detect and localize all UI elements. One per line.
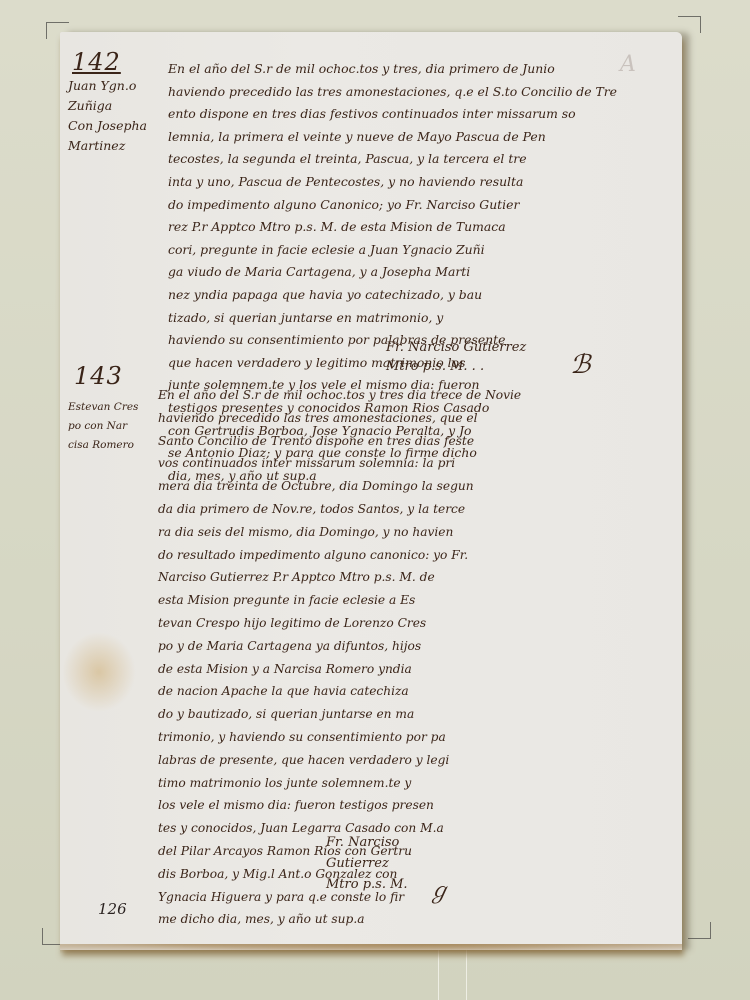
manuscript-line: do y bautizado, si querian juntarse en m… xyxy=(158,703,521,726)
manuscript-page: A 142 Juan Ygn.o Zuñiga Con Josepha Mart… xyxy=(60,32,682,950)
margin-name-line: Estevan Cres xyxy=(68,398,160,417)
manuscript-line: po y de Maria Cartagena ya difuntos, hij… xyxy=(158,635,521,658)
manuscript-line: mera dia treinta de Octubre, dia Domingo… xyxy=(158,475,521,498)
corner-marker xyxy=(688,922,711,939)
wall-seam xyxy=(438,950,439,1000)
manuscript-line: labras de presente, que hacen verdadero … xyxy=(158,749,521,772)
manuscript-line: tecostes, la segunda el treinta, Pascua,… xyxy=(168,148,617,171)
manuscript-line: trimonio, y haviendo su consentimiento p… xyxy=(158,726,521,749)
entry-signature: Fr. Narciso Gutierrez Mtro p.s. M. xyxy=(326,832,408,895)
manuscript-line: cori, pregunte in facie eclesie a Juan Y… xyxy=(168,239,617,262)
entry-signature: Fr. Narciso Gutierrez Mtro p.s. M. . . xyxy=(386,338,526,376)
margin-name-line: cisa Romero xyxy=(68,436,160,455)
manuscript-line: los vele el mismo dia: fueron testigos p… xyxy=(158,794,521,817)
manuscript-line: ra dia seis del mismo, dia Domingo, y no… xyxy=(158,521,521,544)
signature-line: Fr. Narciso xyxy=(326,832,408,853)
manuscript-line: esta Mision pregunte in facie eclesie a … xyxy=(158,589,521,612)
faint-corner-mark: A xyxy=(620,52,636,77)
entry-number: 143 xyxy=(74,362,123,390)
corner-marker xyxy=(678,16,701,33)
manuscript-line: lemnia, la primera el veinte y nueve de … xyxy=(168,126,617,149)
entry-margin-names: Juan Ygn.o Zuñiga Con Josepha Martinez xyxy=(68,76,168,156)
margin-name-line: Juan Ygn.o xyxy=(68,76,168,96)
manuscript-line: inta y uno, Pascua de Pentecostes, y no … xyxy=(168,171,617,194)
manuscript-line: de esta Mision y a Narcisa Romero yndia xyxy=(158,658,521,681)
manuscript-line: vos continuados inter missarum solemnia:… xyxy=(158,452,521,475)
manuscript-line: me dicho dia, mes, y año ut sup.a xyxy=(158,908,521,931)
manuscript-line: En el año del S.r de mil ochoc.tos y tre… xyxy=(158,384,521,407)
manuscript-line: do resultado impedimento alguno canonico… xyxy=(158,544,521,567)
manuscript-line: ento dispone en tres dias festivos conti… xyxy=(168,103,617,126)
margin-name-line: Zuñiga xyxy=(68,96,168,116)
manuscript-line: Narciso Gutierrez P.r Apptco Mtro p.s. M… xyxy=(158,566,521,589)
water-stain xyxy=(62,632,136,712)
entry-number: 142 xyxy=(72,48,121,76)
manuscript-line: timo matrimonio los junte solemnem.te y xyxy=(158,772,521,795)
manuscript-line: haviendo precedido las tres amonestacion… xyxy=(158,407,521,430)
signature-line: Gutierrez xyxy=(326,853,408,874)
margin-name-line: Con Josepha xyxy=(68,116,168,136)
entry-margin-names: Estevan Cres po con Nar cisa Romero xyxy=(68,398,160,455)
folio-number: 126 xyxy=(98,900,127,918)
margin-name-line: Martinez xyxy=(68,136,168,156)
wall-seam xyxy=(466,950,467,1000)
manuscript-line: de nacion Apache la que havia catechiza xyxy=(158,680,521,703)
signature-line: Mtro p.s. M. xyxy=(326,874,408,895)
manuscript-line: haviendo precedido las tres amonestacion… xyxy=(168,81,617,104)
manuscript-line: tizado, si querian juntarse en matrimoni… xyxy=(168,307,617,330)
manuscript-line: do impedimento alguno Canonico; yo Fr. N… xyxy=(168,194,617,217)
manuscript-line: En el año del S.r de mil ochoc.tos y tre… xyxy=(168,58,617,81)
margin-name-line: po con Nar xyxy=(68,417,160,436)
manuscript-line: rez P.r Apptco Mtro p.s. M. de esta Misi… xyxy=(168,216,617,239)
signature-line: Fr. Narciso Gutierrez xyxy=(386,338,526,357)
manuscript-line: tevan Crespo hijo legitimo de Lorenzo Cr… xyxy=(158,612,521,635)
manuscript-line: Santo Concilio de Trento dispone en tres… xyxy=(158,430,521,453)
signature-line: Mtro p.s. M. . . xyxy=(386,357,526,376)
manuscript-line: da dia primero de Nov.re, todos Santos, … xyxy=(158,498,521,521)
manuscript-line: ga viudo de Maria Cartagena, y a Josepha… xyxy=(168,261,617,284)
manuscript-line: nez yndia papaga que havia yo catechizad… xyxy=(168,284,617,307)
rubric-flourish: ℊ xyxy=(428,874,450,905)
rubric-flourish: ℬ xyxy=(570,350,590,380)
